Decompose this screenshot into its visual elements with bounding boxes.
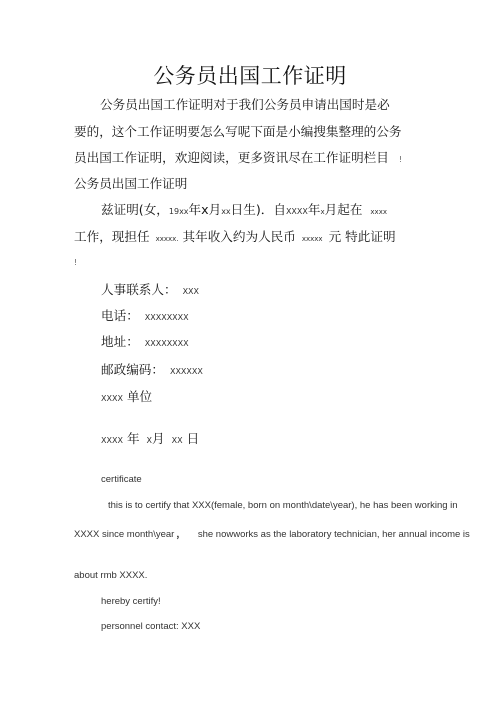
employer-value: xxxx [370,208,387,216]
contact-address-value: XXXXXXXX [145,339,189,348]
english-line-2-text-b: she nowworks as the laboratory technicia… [198,529,470,540]
contact-phone-value: XXXXXXXX [145,313,189,322]
english-line-4: hereby certify! [101,595,161,609]
body-text: 工作，现担任 [74,229,150,244]
contact-address: 地址：XXXXXXXX [101,333,189,353]
position-value: xxxxx. [156,235,179,243]
date-month-label: 月 [152,431,165,446]
contact-person-label: 人事联系人： [101,282,177,297]
body-cn-line-2: 工作，现担任xxxxx.其年收入约为人民币xxxxx元 特此证明 [74,228,396,248]
english-heading: certificate [101,473,142,487]
date-year-value: XXXX [101,436,123,445]
body-text: 元 特此证明 [329,229,396,244]
contact-postcode: 邮政编码：XXXXXX [101,361,203,381]
unit-name-value: XXXX [101,394,123,403]
body-cn-line-3-mark: ! [74,258,77,267]
start-year-value: XXXX [286,207,308,216]
body-text: 月起在 [325,202,363,217]
english-line-2-text-a: XXXX since month\year [74,529,174,540]
english-line-2-comma: ， [176,529,186,540]
issue-date: XXXX 年 X月 XX 日 [101,430,199,450]
date-day-value: XX [172,436,183,445]
body-text: 兹证明(女， [101,202,169,217]
contact-person-value: XXX [183,287,199,296]
intro-line-3-text: 员出国工作证明，欢迎阅读，更多资讯尽在工作证明栏目 [74,150,389,165]
body-text: 年 [308,202,321,217]
contact-postcode-value: XXXXXX [170,367,203,376]
intro-line-3-mark: ! [399,155,402,164]
contact-phone: 电话：XXXXXXXX [101,307,189,327]
birth-year-value: 19xx [169,207,189,216]
body-text: 其年收入约为人民币 [183,229,296,244]
intro-line-2: 要的，这个工作证明要怎么写呢下面是小编搜集整理的公务 [74,123,401,141]
date-day-label: 日 [187,431,200,446]
english-line-2: XXXX since month\year，she nowworks as th… [74,528,470,542]
contact-phone-label: 电话： [101,308,139,323]
birth-day-value: xx [221,207,230,216]
document-page: 公务员出国工作证明 公务员出国工作证明对于我们公务员申请出国时是必 要的，这个工… [0,0,500,708]
contact-address-label: 地址： [101,334,139,349]
date-year-label: 年 [127,431,140,446]
issuing-unit: XXXX 单位 [101,388,152,408]
intro-line-3: 员出国工作证明，欢迎阅读，更多资讯尽在工作证明栏目 ! [74,149,402,169]
body-cn-line-1: 兹证明(女，19xx年x月xx日生)．自XXXX年x月起在xxxx [101,201,387,221]
unit-label: 单位 [127,389,152,404]
body-text: 日生)．自 [231,202,286,217]
page-title: 公务员出国工作证明 [0,62,500,90]
intro-line-1: 公务员出国工作证明对于我们公务员申请出国时是必 [100,96,390,114]
body-text: 年x月 [189,202,222,217]
contact-postcode-label: 邮政编码： [101,362,164,377]
english-line-5: personnel contact: XXX [101,620,200,634]
english-line-3: about rmb XXXX. [74,569,147,583]
income-value: xxxxx [302,235,323,243]
intro-line-4: 公务员出国工作证明 [74,175,187,193]
contact-person: 人事联系人：XXX [101,281,199,301]
english-line-1: this is to certify that XXX(female, born… [108,499,458,513]
